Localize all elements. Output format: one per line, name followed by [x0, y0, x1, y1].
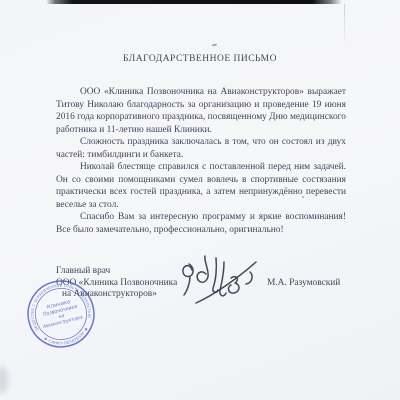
signature-stroke [220, 262, 226, 296]
letter-paragraph: ООО «Клиника Позвоночника на Авиаконстру… [56, 86, 346, 136]
scanned-letter-page: БЛАГОДАРСТВЕННОЕ ПИСЬМО ООО «Клиника Поз… [0, 0, 400, 400]
scan-artifact-top-bar [46, 0, 342, 4]
scan-artifact-smudge [0, 366, 8, 394]
handwritten-signature [176, 250, 266, 316]
letter-paragraph: Сложность праздника заключалась в том, ч… [56, 136, 346, 161]
signature-stroke [197, 256, 208, 282]
scan-artifact-edge-line [344, 4, 345, 48]
signature-stroke [183, 264, 193, 295]
letter-body: ООО «Клиника Позвоночника на Авиаконстру… [56, 86, 346, 237]
signature-stroke [196, 262, 256, 303]
scan-artifact-speck [212, 44, 217, 47]
letter-paragraph: Николай блестяще справился с поставленно… [56, 161, 346, 211]
letter-paragraph: Спасибо Вам за интересную программу и яр… [56, 211, 346, 236]
signature-stroke [213, 258, 218, 292]
stamp-center-line: на [58, 314, 65, 320]
letter-title: БЛАГОДАРСТВЕННОЕ ПИСЬМО [0, 54, 400, 64]
signer-name: М.А. Разумовский [267, 278, 340, 288]
signature-stroke [246, 272, 252, 284]
